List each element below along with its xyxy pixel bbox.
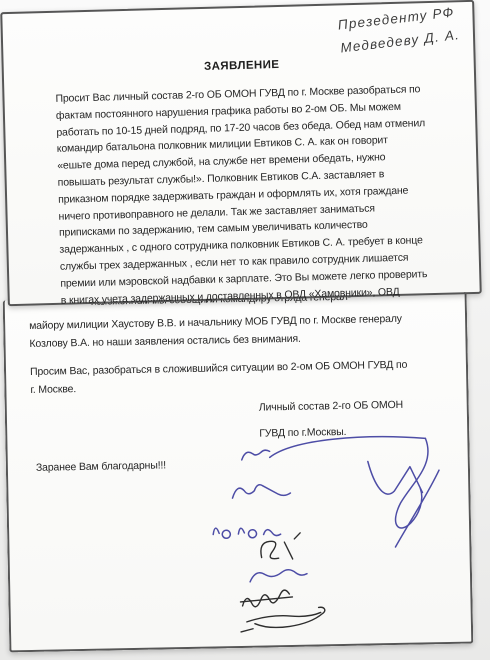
letter-page-2: изложенном мы сообщили командиру отряда …	[3, 292, 474, 653]
signatures-icon	[197, 430, 453, 647]
signoff-line-1: Личный состав 2-го ОБ ОМОН	[259, 397, 404, 417]
letter-body-page-1: Просит Вас личный состав 2-го ОБ ОМОН ГУ…	[55, 80, 468, 309]
letter-page-1: Презеденту РФ Медведеву Д. А. ЗАЯВЛЕНИЕ …	[0, 0, 482, 306]
body-line: майору милиции Хаустову В.В. и начальник…	[29, 311, 402, 335]
thanks-line: Заранее Вам благодарны!!!	[36, 457, 166, 476]
body-line: Просим Вас, разобраться в сложившийся си…	[30, 357, 407, 381]
document-title: ЗАЯВЛЕНИЕ	[182, 58, 302, 73]
handwritten-addressee: Презеденту РФ Медведеву Д. А.	[337, 0, 461, 59]
body-line: Козлову В.А. но наши заявления остались …	[29, 331, 301, 353]
scanned-document: Презеденту РФ Медведеву Д. А. ЗАЯВЛЕНИЕ …	[0, 0, 490, 660]
body-line: г. Москве.	[30, 381, 76, 399]
